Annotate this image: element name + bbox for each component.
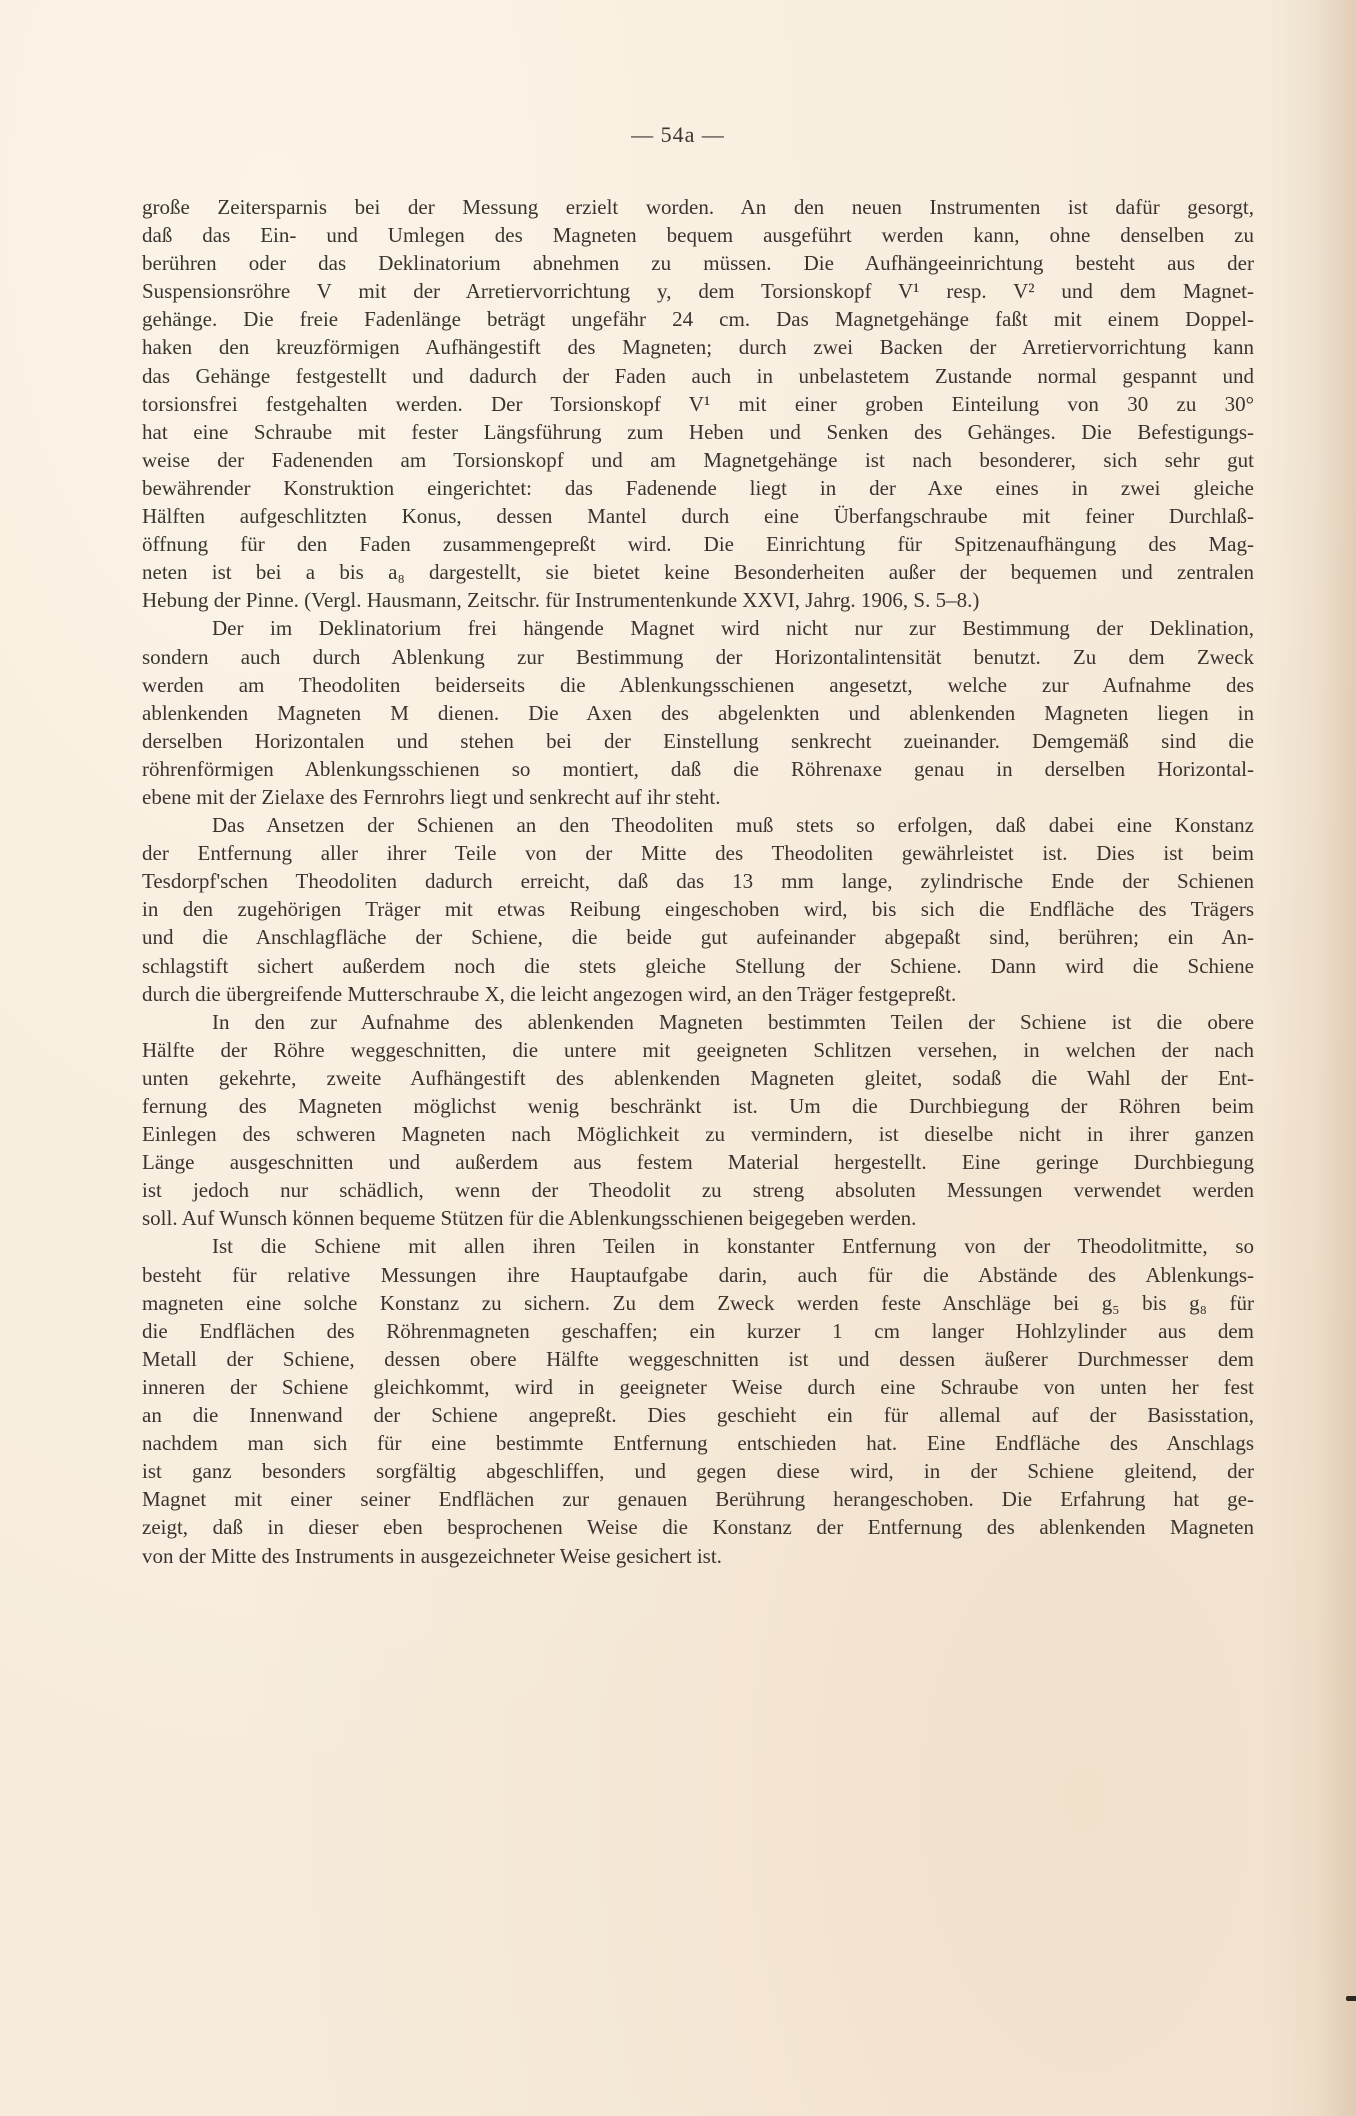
text-line: und die Anschlagfläche der Schiene, die … bbox=[142, 923, 1254, 951]
text-line: soll. Auf Wunsch können bequeme Stützen … bbox=[142, 1204, 1254, 1232]
text-line: zeigt, daß in dieser eben besprochenen W… bbox=[142, 1513, 1254, 1541]
text-line: hat eine Schraube mit fester Längsführun… bbox=[142, 418, 1254, 446]
text-line: nachdem man sich für eine bestimmte Entf… bbox=[142, 1429, 1254, 1457]
text-line: berühren oder das Deklinatorium abnehmen… bbox=[142, 249, 1254, 277]
text-line: Länge ausgeschnitten und außerdem aus fe… bbox=[142, 1148, 1254, 1176]
text-line: inneren der Schiene gleichkommt, wird in… bbox=[142, 1373, 1254, 1401]
text-line: besteht für relative Messungen ihre Haup… bbox=[142, 1261, 1254, 1289]
text-line: Metall der Schiene, dessen obere Hälfte … bbox=[142, 1345, 1254, 1373]
text-line: an die Innenwand der Schiene angepreßt. … bbox=[142, 1401, 1254, 1429]
text-line: magneten eine solche Konstanz zu sichern… bbox=[142, 1289, 1254, 1317]
text-line: der Entfernung aller ihrer Teile von der… bbox=[142, 839, 1254, 867]
text-line: röhrenförmigen Ablenkungsschienen so mon… bbox=[142, 755, 1254, 783]
text-line: Hälften aufgeschlitzten Konus, dessen Ma… bbox=[142, 502, 1254, 530]
text-line: torsionsfrei festgehalten werden. Der To… bbox=[142, 390, 1254, 418]
paragraph: In den zur Aufnahme des ablenkenden Magn… bbox=[142, 1008, 1254, 1233]
text-line: in den zugehörigen Träger mit etwas Reib… bbox=[142, 895, 1254, 923]
text-line: Das Ansetzen der Schienen an den Theodol… bbox=[142, 811, 1254, 839]
text-line: schlagstift sichert außerdem noch die st… bbox=[142, 952, 1254, 980]
paragraph: Das Ansetzen der Schienen an den Theodol… bbox=[142, 811, 1254, 1008]
text-line: Einlegen des schweren Magneten nach Mögl… bbox=[142, 1120, 1254, 1148]
text-line: gehänge. Die freie Fadenlänge beträgt un… bbox=[142, 305, 1254, 333]
text-line: unten gekehrte, zweite Aufhängestift des… bbox=[142, 1064, 1254, 1092]
text-line: Tesdorpf'schen Theodoliten dadurch errei… bbox=[142, 867, 1254, 895]
paragraph: große Zeitersparnis bei der Messung erzi… bbox=[142, 193, 1254, 614]
text-line: Suspensionsröhre V mit der Arretiervorri… bbox=[142, 277, 1254, 305]
text-line: von der Mitte des Instruments in ausgeze… bbox=[142, 1542, 1254, 1570]
text-line: Der im Deklinatorium frei hängende Magne… bbox=[142, 614, 1254, 642]
text-line: Hebung der Pinne. (Vergl. Hausmann, Zeit… bbox=[142, 586, 1254, 614]
body-text: große Zeitersparnis bei der Messung erzi… bbox=[142, 193, 1254, 1570]
text-line: ablenkenden Magneten M dienen. Die Axen … bbox=[142, 699, 1254, 727]
paragraph: Der im Deklinatorium frei hängende Magne… bbox=[142, 614, 1254, 811]
text-line: ist jedoch nur schädlich, wenn der Theod… bbox=[142, 1176, 1254, 1204]
text-line: das Gehänge festgestellt und dadurch der… bbox=[142, 362, 1254, 390]
text-line: haken den kreuzförmigen Aufhängestift de… bbox=[142, 333, 1254, 361]
text-line: Magnet mit einer seiner Endflächen zur g… bbox=[142, 1485, 1254, 1513]
text-line: große Zeitersparnis bei der Messung erzi… bbox=[142, 193, 1254, 221]
text-line: neten ist bei a bis a₈ dargestellt, sie … bbox=[142, 558, 1254, 586]
text-line: werden am Theodoliten beiderseits die Ab… bbox=[142, 671, 1254, 699]
text-line: die Endflächen des Röhrenmagneten gescha… bbox=[142, 1317, 1254, 1345]
text-line: weise der Fadenenden am Torsionskopf und… bbox=[142, 446, 1254, 474]
text-line: daß das Ein- und Umlegen des Magneten be… bbox=[142, 221, 1254, 249]
text-line: derselben Horizontalen und stehen bei de… bbox=[142, 727, 1254, 755]
page-number: — 54a — bbox=[0, 122, 1356, 148]
text-line: öffnung für den Faden zusammengepreßt wi… bbox=[142, 530, 1254, 558]
margin-mark bbox=[1346, 1996, 1356, 2001]
text-line: Ist die Schiene mit allen ihren Teilen i… bbox=[142, 1232, 1254, 1260]
text-line: ebene mit der Zielaxe des Fernrohrs lieg… bbox=[142, 783, 1254, 811]
text-line: bewährender Konstruktion eingerichtet: d… bbox=[142, 474, 1254, 502]
text-line: Hälfte der Röhre weggeschnitten, die unt… bbox=[142, 1036, 1254, 1064]
text-line: durch die übergreifende Mutterschraube X… bbox=[142, 980, 1254, 1008]
document-page: — 54a — große Zeitersparnis bei der Mess… bbox=[0, 0, 1356, 2116]
text-line: sondern auch durch Ablenkung zur Bestimm… bbox=[142, 643, 1254, 671]
text-line: ist ganz besonders sorgfältig abgeschlif… bbox=[142, 1457, 1254, 1485]
text-line: In den zur Aufnahme des ablenkenden Magn… bbox=[142, 1008, 1254, 1036]
paragraph: Ist die Schiene mit allen ihren Teilen i… bbox=[142, 1232, 1254, 1569]
text-line: fernung des Magneten möglichst wenig bes… bbox=[142, 1092, 1254, 1120]
page-edge-shadow bbox=[1316, 0, 1356, 2116]
